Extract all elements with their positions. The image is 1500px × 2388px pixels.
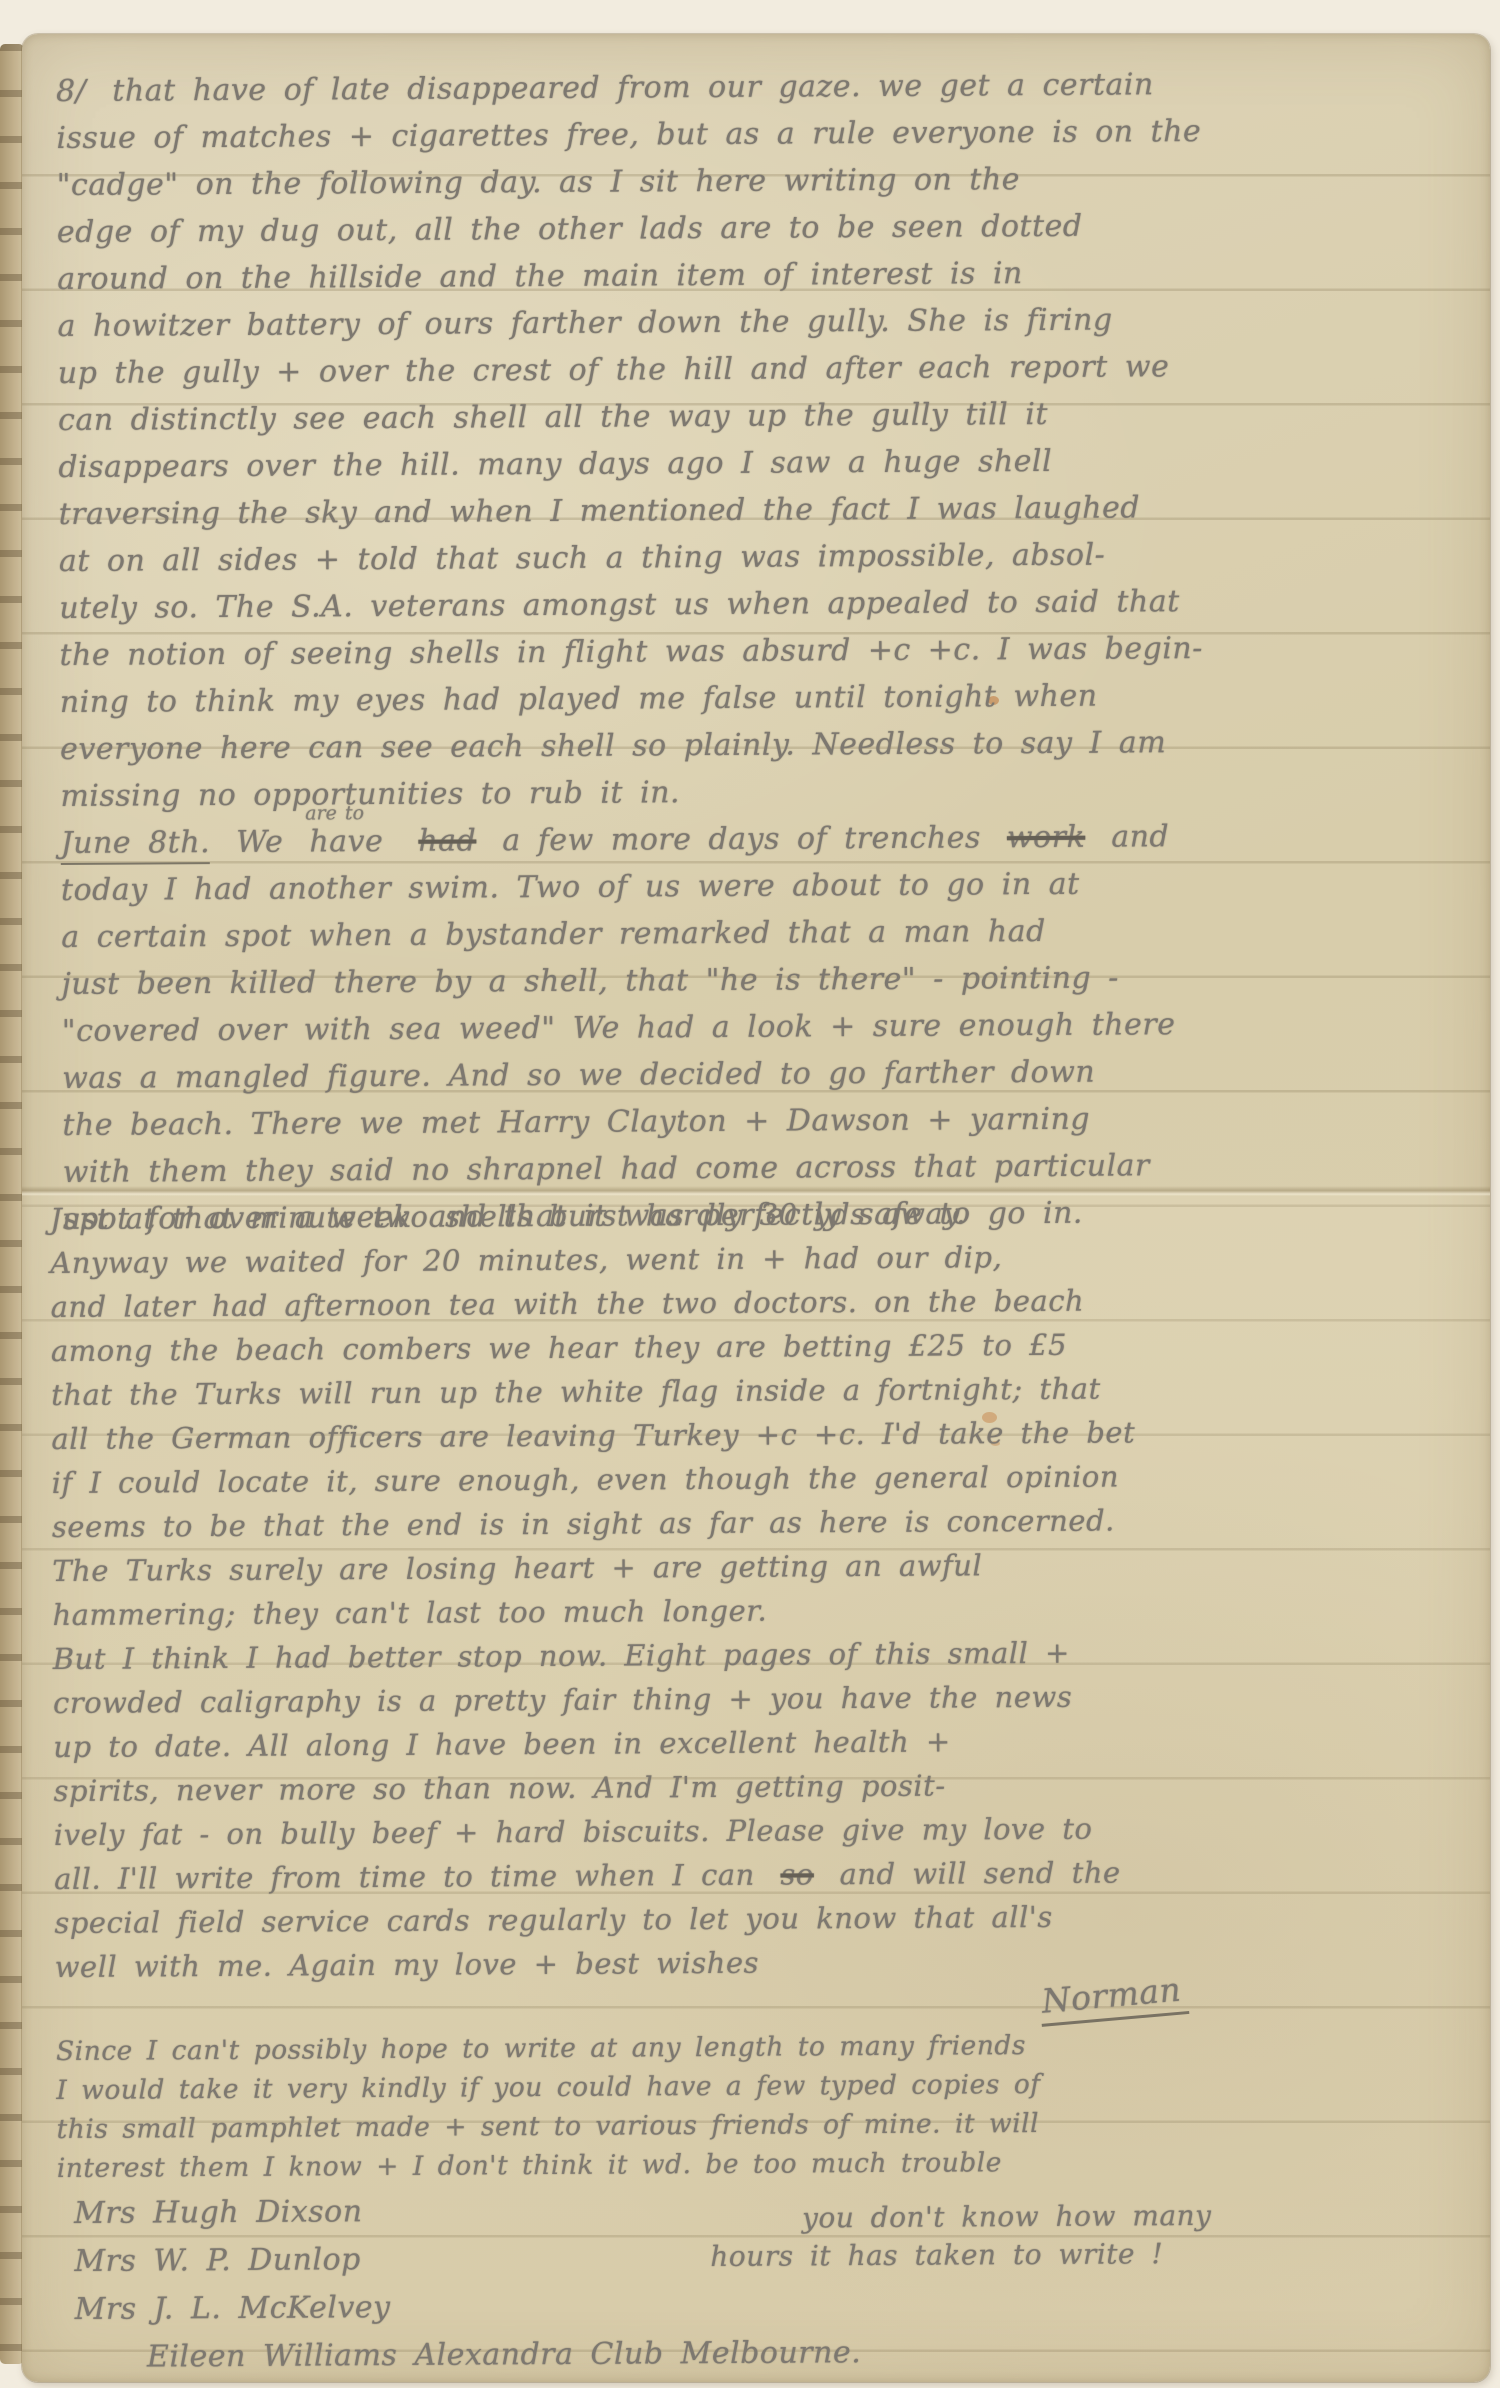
handwritten-line: with them they said no shrapnel had come… (63, 1148, 1208, 1202)
insertion-anchor: are to have (309, 824, 409, 860)
handwritten-line: a howitzer battery of ours farther down … (57, 302, 1202, 356)
page-number: 8/ (56, 74, 86, 109)
handwritten-line: missing no opportunities to rub it in. (60, 772, 1205, 826)
line-text: all. I'll write from time to time when I… (54, 1858, 755, 1896)
side-note-line: you don't know how many (710, 2199, 1212, 2240)
handwritten-line: up to date. All along I have been in exc… (53, 1723, 1137, 1774)
handwritten-line: and later had afternoon tea with the two… (51, 1283, 1135, 1334)
handwritten-line: that the Turks will run up the white fla… (51, 1371, 1135, 1422)
line-text: We (236, 825, 283, 860)
handwritten-line: a certain spot when a bystander remarked… (61, 913, 1206, 967)
handwritten-line: seems to be that the end is in sight as … (52, 1503, 1136, 1554)
struck-word: so (780, 1857, 814, 1891)
handwritten-line: up the gully + over the crest of the hil… (58, 349, 1203, 403)
addressee-name: Mrs J. L. McKelvey (75, 2287, 862, 2340)
line-text: and (1111, 819, 1169, 854)
handwritten-line: today I had another swim. Two of us were… (61, 866, 1206, 920)
handwritten-line: can distinctly see each shell all the wa… (58, 396, 1203, 450)
side-note-line: hours it has taken to write ! (710, 2237, 1212, 2278)
handwritten-line: crowded caligraphy is a pretty fair thin… (53, 1679, 1137, 1730)
handwritten-line-with-correction: all. I'll write from time to time when I… (54, 1855, 1138, 1906)
handwritten-line: everyone here can see each shell so plai… (60, 725, 1205, 779)
handwritten-line: edge of my dug out, all the other lads a… (57, 208, 1202, 262)
handwritten-line: "cadge" on the following day. as I sit h… (57, 161, 1202, 215)
handwritten-line: "covered over with sea weed" We had a lo… (62, 1007, 1207, 1061)
handwritten-line: among the beach combers we hear they are… (51, 1327, 1135, 1378)
handwritten-line: ively fat - on bully beef + hard biscuit… (54, 1811, 1138, 1862)
handwritten-line: issue of matches + cigarettes free, but … (56, 114, 1201, 168)
letter-page: 8/ that have of late disappeared from ou… (22, 34, 1490, 2382)
letter-body-lower: Just at that minute two shells burst har… (50, 1195, 1139, 1994)
handwritten-line: 8/ that have of late disappeared from ou… (56, 67, 1201, 121)
handwritten-line: just been killed there by a shell, that … (61, 960, 1206, 1014)
date-june-8: June 8th. (61, 825, 211, 865)
handwritten-line: I would take it very kindly if you could… (56, 2069, 1040, 2114)
handwritten-line: utely so. The S.A. veterans amongst us w… (59, 584, 1204, 638)
struck-word: work (1007, 820, 1085, 855)
line-text: a few more days of trenches (502, 820, 981, 858)
handwritten-line: around on the hillside and the main item… (57, 255, 1202, 309)
handwritten-line: special field service cards regularly to… (54, 1899, 1138, 1950)
entry-june-8-line: June 8th. We are to have had a few more … (61, 819, 1206, 873)
handwritten-line: the notion of seeing shells in flight wa… (59, 631, 1204, 685)
handwritten-line: But I think I had better stop now. Eight… (53, 1635, 1137, 1686)
handwritten-line: hammering; they can't last too much long… (52, 1591, 1136, 1642)
struck-word: had (418, 823, 476, 858)
side-note: you don't know how many hours it has tak… (710, 2199, 1212, 2278)
handwritten-line: at on all sides + told that such a thing… (59, 537, 1204, 591)
handwritten-line: well with me. Again my love + best wishe… (55, 1943, 1139, 1994)
handwritten-line: Anyway we waited for 20 minutes, went in… (50, 1239, 1134, 1290)
handwritten-line: interest them I know + I don't think it … (57, 2147, 1041, 2192)
handwritten-line: spirits, never more so than now. And I'm… (53, 1767, 1137, 1818)
handwritten-line: The Turks surely are losing heart + are … (52, 1547, 1136, 1598)
handwritten-line: all the German officers are leaving Turk… (51, 1415, 1135, 1466)
inserted-correction: are to (305, 802, 364, 824)
handwritten-line: if I could locate it, sure enough, even … (52, 1459, 1136, 1510)
handwritten-line: was a mangled figure. And so we decided … (62, 1054, 1207, 1108)
addressee-name: Eileen Williams Alexandra Club Melbourne… (75, 2335, 862, 2382)
letter-body-upper: 8/ that have of late disappeared from ou… (56, 67, 1208, 1249)
line-text: and will send the (839, 1855, 1120, 1891)
handwritten-line: Just at that minute two shells burst har… (50, 1195, 1134, 1246)
postscript: Since I can't possibly hope to write at … (56, 2030, 1041, 2192)
scanned-letter-page: { "colors": { "paper": "#d9ceae", "penci… (0, 0, 1500, 2388)
handwritten-line: ning to think my eyes had played me fals… (60, 678, 1205, 732)
page-binding-edge (0, 44, 24, 2364)
handwritten-line: this small pamphlet made + sent to vario… (56, 2108, 1040, 2153)
handwritten-line: traversing the sky and when I mentioned … (59, 490, 1204, 544)
line-text: have (309, 824, 383, 859)
handwritten-line: Since I can't possibly hope to write at … (56, 2030, 1040, 2075)
handwritten-line: disappears over the hill. many days ago … (58, 443, 1203, 497)
handwritten-line: the beach. There we met Harry Clayton + … (62, 1101, 1207, 1155)
line-text: that have of late disappeared from our g… (112, 67, 1154, 108)
